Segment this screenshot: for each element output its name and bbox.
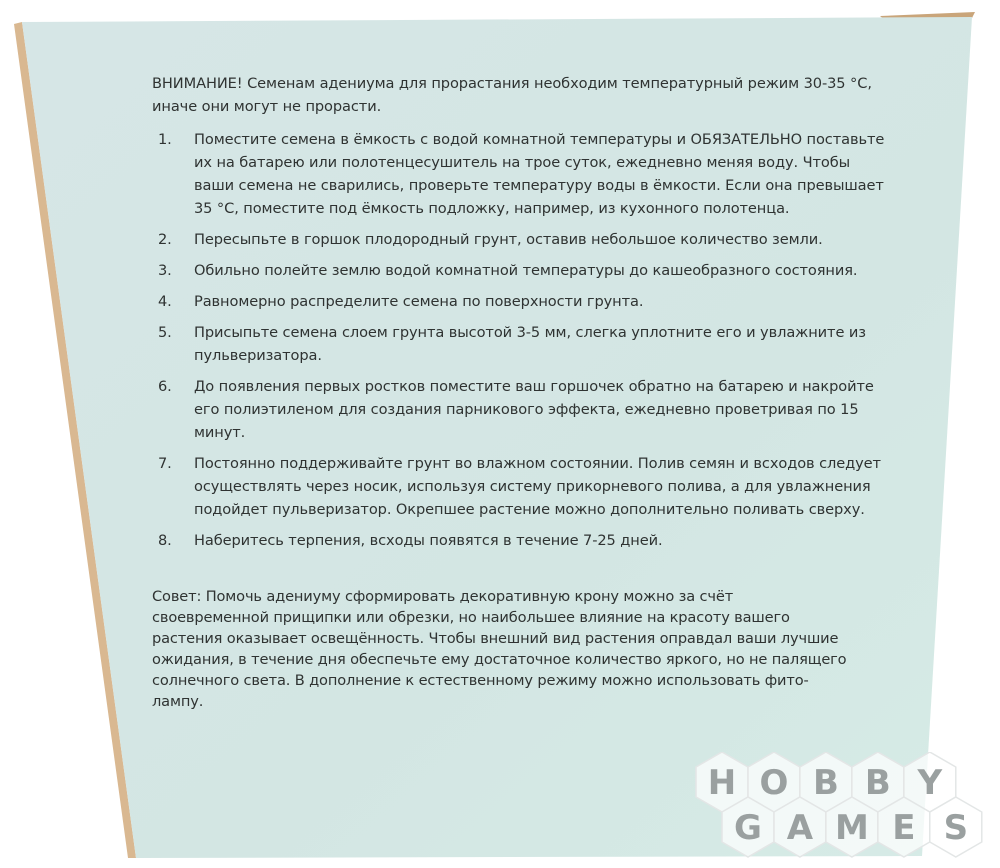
svg-text:B: B — [813, 763, 839, 803]
step-text: Наберитесь терпения, всходы появятся в т… — [194, 529, 892, 552]
step-item: 8.Наберитесь терпения, всходы появятся в… — [152, 529, 892, 552]
tip-paragraph: Совет: Помочь адениуму сформировать деко… — [152, 586, 852, 712]
step-item: 5.Присыпьте семена слоем грунта высотой … — [152, 321, 892, 367]
svg-text:O: O — [760, 763, 789, 803]
step-item: 4.Равномерно распределите семена по пове… — [152, 290, 892, 313]
svg-text:M: M — [835, 808, 869, 848]
hexagon-logo-icon: HOBBYGAMES — [660, 752, 1000, 868]
step-number: 4. — [152, 290, 194, 313]
step-text: Равномерно распределите семена по поверх… — [194, 290, 892, 313]
svg-text:S: S — [944, 808, 969, 848]
svg-text:B: B — [865, 763, 891, 803]
svg-text:Y: Y — [917, 763, 943, 803]
step-item: 7.Постоянно поддерживайте грунт во влажн… — [152, 452, 892, 521]
warning-paragraph: ВНИМАНИЕ! Семенам адениума для прорастан… — [152, 72, 892, 118]
step-item: 1.Поместите семена в ёмкость с водой ком… — [152, 128, 892, 220]
svg-text:E: E — [892, 808, 915, 848]
step-text: До появления первых ростков поместите ва… — [194, 375, 892, 444]
svg-text:H: H — [708, 763, 736, 803]
steps-list: 1.Поместите семена в ёмкость с водой ком… — [152, 128, 892, 552]
step-text: Постоянно поддерживайте грунт во влажном… — [194, 452, 892, 521]
step-number: 2. — [152, 228, 194, 251]
step-text: Поместите семена в ёмкость с водой комна… — [194, 128, 892, 220]
instructions-text: ВНИМАНИЕ! Семенам адениума для прорастан… — [152, 72, 892, 727]
step-number: 1. — [152, 128, 194, 220]
step-text: Присыпьте семена слоем грунта высотой 3-… — [194, 321, 892, 367]
step-text: Обильно полейте землю водой комнатной те… — [194, 259, 892, 282]
step-item: 2.Пересыпьте в горшок плодородный грунт,… — [152, 228, 892, 251]
step-number: 3. — [152, 259, 194, 282]
step-number: 5. — [152, 321, 194, 367]
hobby-games-watermark: HOBBYGAMES — [660, 752, 1000, 868]
step-item: 3.Обильно полейте землю водой комнатной … — [152, 259, 892, 282]
svg-text:A: A — [787, 808, 814, 848]
step-text: Пересыпьте в горшок плодородный грунт, о… — [194, 228, 892, 251]
svg-text:G: G — [734, 808, 762, 848]
step-number: 7. — [152, 452, 194, 521]
step-item: 6.До появления первых ростков поместите … — [152, 375, 892, 444]
step-number: 8. — [152, 529, 194, 552]
step-number: 6. — [152, 375, 194, 444]
